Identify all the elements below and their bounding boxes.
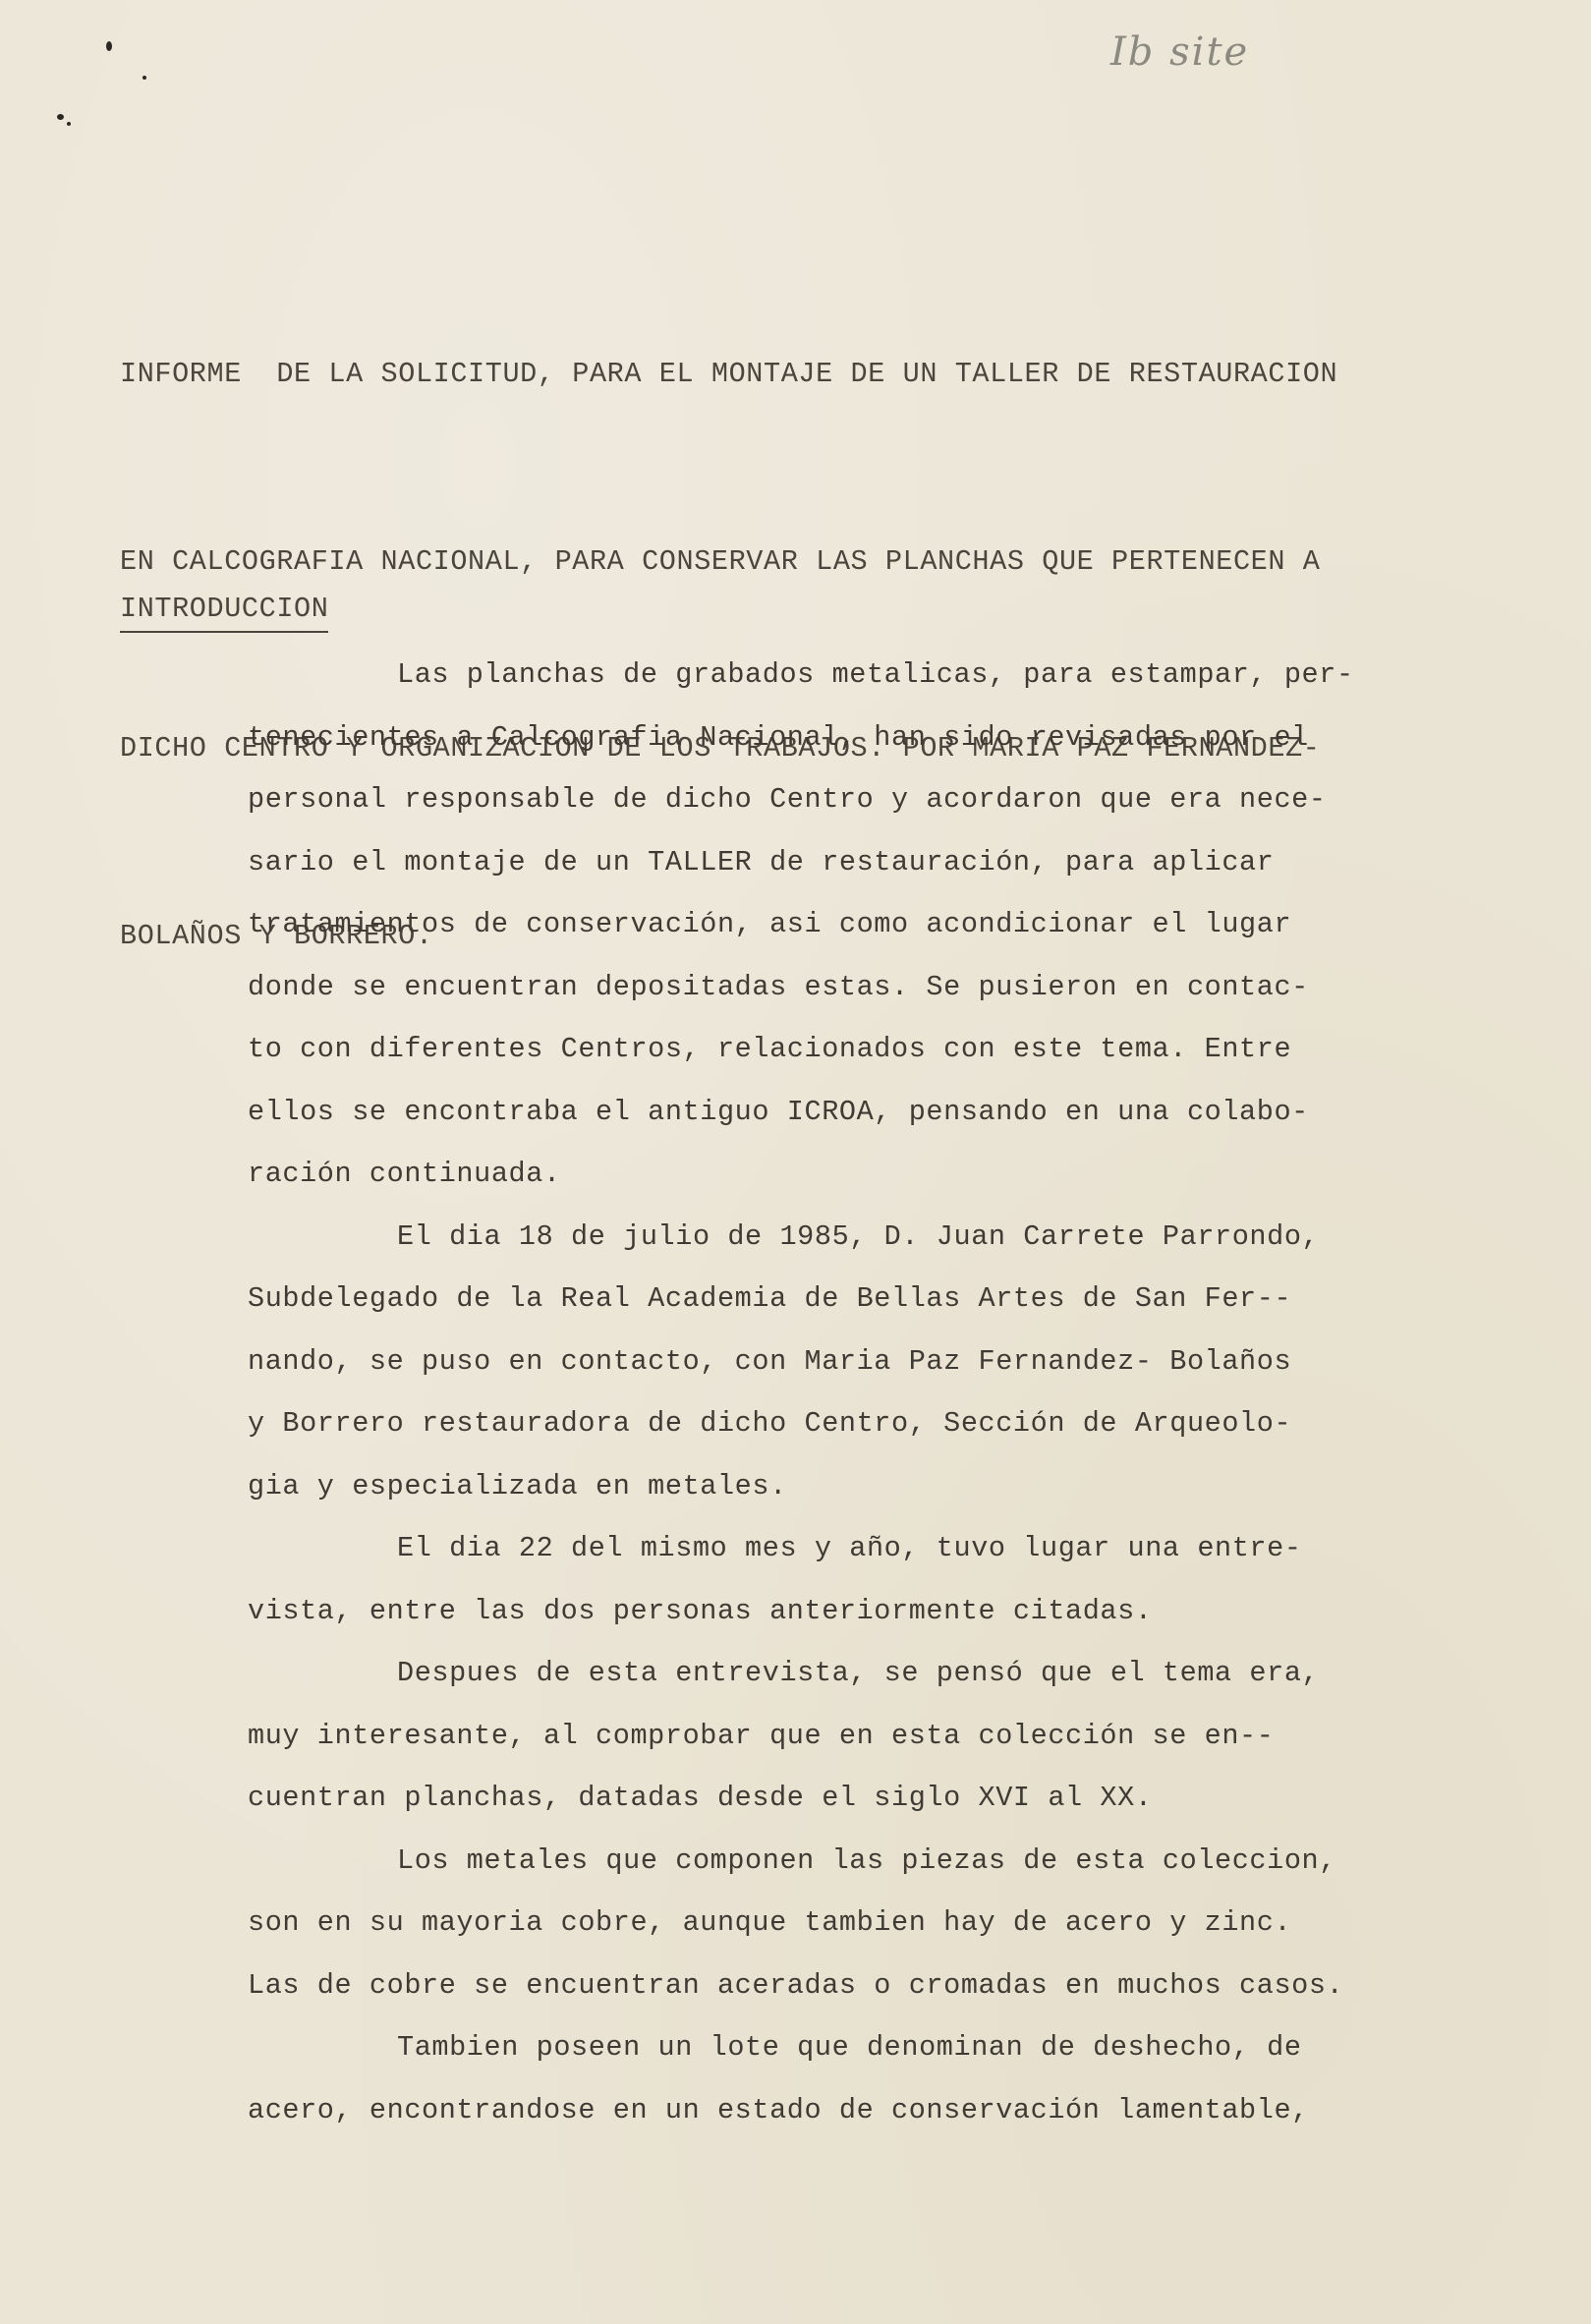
body-line: El dia 22 del mismo mes y año, tuvo luga… [248,1527,1525,1590]
body-line: donde se encuentran depositadas estas. S… [248,966,1525,1029]
title-line: INFORME DE LA SOLICITUD, PARA EL MONTAJE… [120,343,1496,406]
body-line: acero, encontrandose en un estado de con… [248,2089,1525,2152]
body-line: Despues de esta entrevista, se pensó que… [248,1652,1525,1715]
body-line: Subdelegado de la Real Academia de Bella… [248,1277,1525,1340]
body-line: sario el montaje de un TALLER de restaur… [248,841,1525,904]
body-line: to con diferentes Centros, relacionados … [248,1028,1525,1091]
section-heading-introduccion: INTRODUCCION [120,590,328,633]
body-line: tenecientes a Calcografia Nacional, han … [248,716,1525,779]
title-line: EN CALCOGRAFIA NACIONAL, PARA CONSERVAR … [120,531,1496,594]
body-line: gia y especializada en metales. [248,1465,1525,1528]
ink-speck [57,114,64,120]
body-line: nando, se puso en contacto, con Maria Pa… [248,1340,1525,1403]
ink-speck [67,122,71,126]
body-line: El dia 18 de julio de 1985, D. Juan Carr… [248,1216,1525,1278]
body-line: ración continuada. [248,1153,1525,1216]
body-line: Las planchas de grabados metalicas, para… [248,653,1525,716]
body-line: y Borrero restauradora de dicho Centro, … [248,1402,1525,1465]
ink-speck [142,76,146,80]
body-line: Tambien poseen un lote que denominan de … [248,2026,1525,2089]
body-line: Las de cobre se encuentran aceradas o cr… [248,1964,1525,2027]
body-text: Las planchas de grabados metalicas, para… [248,653,1525,2151]
body-line: personal responsable de dicho Centro y a… [248,778,1525,841]
body-line: cuentran planchas, datadas desde el sigl… [248,1777,1525,1840]
handwritten-note: Ib site [1110,29,1249,75]
body-line: son en su mayoria cobre, aunque tambien … [248,1901,1525,1964]
ink-speck [106,41,112,51]
body-line: Los metales que componen las piezas de e… [248,1840,1525,1902]
body-line: muy interesante, al comprobar que en est… [248,1715,1525,1778]
body-line: tratamientos de conservación, asi como a… [248,903,1525,966]
body-line: vista, entre las dos personas anteriorme… [248,1590,1525,1653]
body-line: ellos se encontraba el antiguo ICROA, pe… [248,1091,1525,1154]
